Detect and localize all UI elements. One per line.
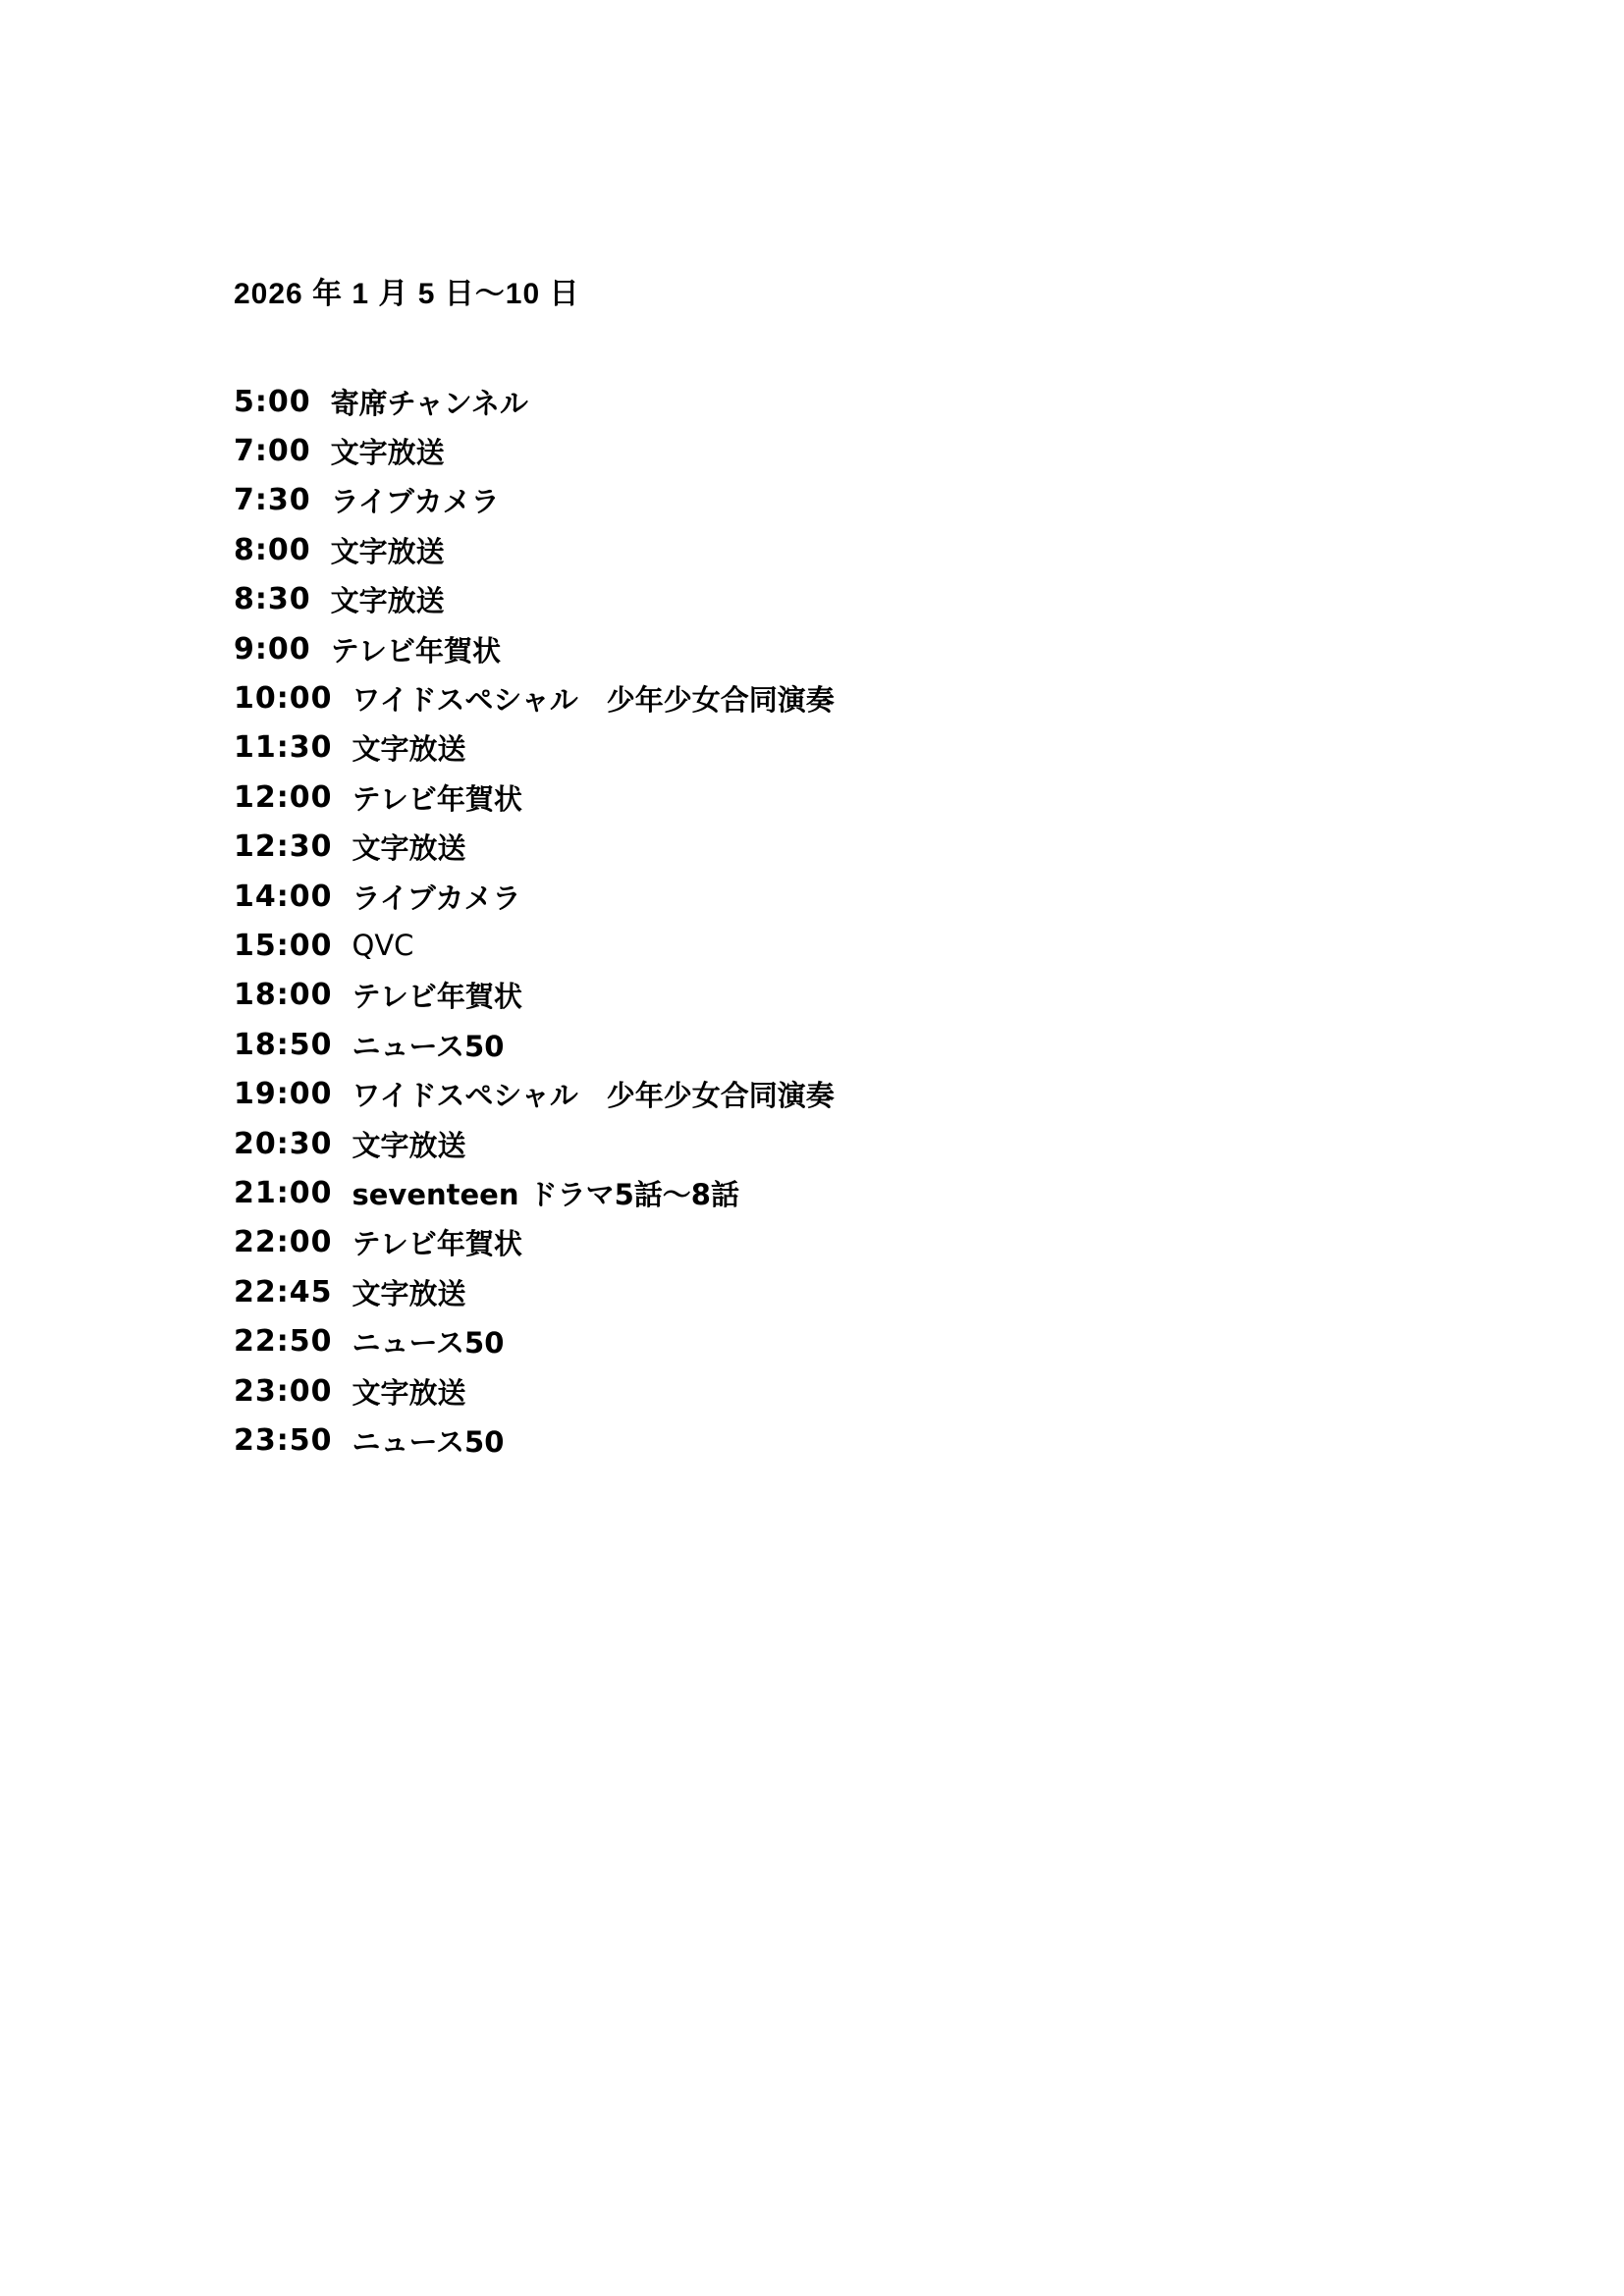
schedule-time: 11:30 — [234, 730, 333, 765]
schedule-time: 9:00 — [234, 632, 311, 667]
schedule-time: 7:00 — [234, 434, 311, 468]
schedule-program: 文字放送 — [331, 431, 445, 471]
schedule-time: 14:00 — [234, 880, 333, 914]
schedule-time: 18:50 — [234, 1028, 333, 1062]
schedule-row: 12:00 テレビ年賀状 — [234, 773, 835, 822]
schedule-time: 23:00 — [234, 1374, 333, 1409]
schedule-row: 8:00 文字放送 — [234, 525, 835, 574]
schedule-program: ニュース50 — [352, 1321, 505, 1362]
schedule-time: 12:30 — [234, 829, 333, 864]
schedule-time: 22:50 — [234, 1324, 333, 1359]
schedule-time: 18:00 — [234, 978, 333, 1012]
document-page: 2026 年 1 月 5 日～10 日 5:00 寄席チャンネル 7:00 文字… — [0, 0, 1624, 2296]
schedule-row: 7:30 ライブカメラ — [234, 476, 835, 525]
schedule-time: 15:00 — [234, 929, 333, 963]
schedule-program: 文字放送 — [352, 1124, 466, 1164]
schedule-list: 5:00 寄席チャンネル 7:00 文字放送 7:30 ライブカメラ 8:00 … — [234, 377, 835, 1466]
schedule-program: テレビ年賀状 — [352, 975, 522, 1015]
schedule-program: ニュース50 — [352, 1025, 505, 1065]
schedule-program: 文字放送 — [352, 827, 466, 867]
schedule-row: 15:00 QVC — [234, 921, 835, 970]
schedule-time: 20:30 — [234, 1127, 333, 1161]
schedule-row: 22:00 テレビ年賀状 — [234, 1218, 835, 1267]
schedule-time: 10:00 — [234, 681, 333, 716]
schedule-program: テレビ年賀状 — [352, 1222, 522, 1262]
schedule-row: 14:00 ライブカメラ — [234, 872, 835, 921]
schedule-row: 12:30 文字放送 — [234, 823, 835, 872]
schedule-time: 22:45 — [234, 1275, 333, 1309]
schedule-row: 5:00 寄席チャンネル — [234, 377, 835, 426]
schedule-program: seventeen ドラマ5話～8話 — [352, 1173, 739, 1213]
schedule-row: 18:00 テレビ年賀状 — [234, 971, 835, 1020]
schedule-row: 7:00 文字放送 — [234, 426, 835, 475]
schedule-time: 12:00 — [234, 780, 333, 815]
schedule-program: 文字放送 — [331, 579, 445, 619]
schedule-program: ライブカメラ — [331, 480, 500, 520]
schedule-row: 18:50 ニュース50 — [234, 1020, 835, 1069]
schedule-program: ニュース50 — [352, 1420, 505, 1461]
schedule-program: 寄席チャンネル — [331, 382, 528, 422]
schedule-program: QVC — [352, 929, 414, 962]
schedule-program: ワイドスペシャル 少年少女合同演奏 — [352, 1074, 835, 1114]
schedule-program: 文字放送 — [331, 530, 445, 570]
schedule-program: テレビ年賀状 — [352, 777, 522, 818]
schedule-row: 23:00 文字放送 — [234, 1366, 835, 1415]
schedule-time: 19:00 — [234, 1077, 333, 1111]
schedule-program: 文字放送 — [352, 1371, 466, 1412]
schedule-program: テレビ年賀状 — [331, 629, 501, 669]
schedule-time: 5:00 — [234, 385, 311, 419]
schedule-program: ワイドスペシャル 少年少女合同演奏 — [352, 678, 835, 719]
schedule-row: 8:30 文字放送 — [234, 575, 835, 624]
schedule-row: 23:50 ニュース50 — [234, 1415, 835, 1465]
schedule-row: 10:00 ワイドスペシャル 少年少女合同演奏 — [234, 673, 835, 722]
document-title: 2026 年 1 月 5 日～10 日 — [234, 277, 580, 312]
schedule-row: 22:45 文字放送 — [234, 1267, 835, 1316]
schedule-program: 文字放送 — [352, 1272, 466, 1312]
schedule-time: 23:50 — [234, 1423, 333, 1458]
schedule-row: 11:30 文字放送 — [234, 723, 835, 773]
schedule-row: 21:00 seventeen ドラマ5話～8話 — [234, 1168, 835, 1217]
schedule-time: 22:00 — [234, 1225, 333, 1259]
schedule-time: 8:00 — [234, 533, 311, 567]
schedule-program: ライブカメラ — [352, 877, 521, 917]
schedule-time: 7:30 — [234, 483, 311, 517]
schedule-time: 8:30 — [234, 582, 311, 616]
schedule-time: 21:00 — [234, 1176, 333, 1210]
schedule-row: 22:50 ニュース50 — [234, 1316, 835, 1365]
schedule-row: 20:30 文字放送 — [234, 1119, 835, 1168]
schedule-row: 19:00 ワイドスペシャル 少年少女合同演奏 — [234, 1069, 835, 1118]
schedule-row: 9:00 テレビ年賀状 — [234, 624, 835, 673]
schedule-program: 文字放送 — [352, 727, 466, 768]
